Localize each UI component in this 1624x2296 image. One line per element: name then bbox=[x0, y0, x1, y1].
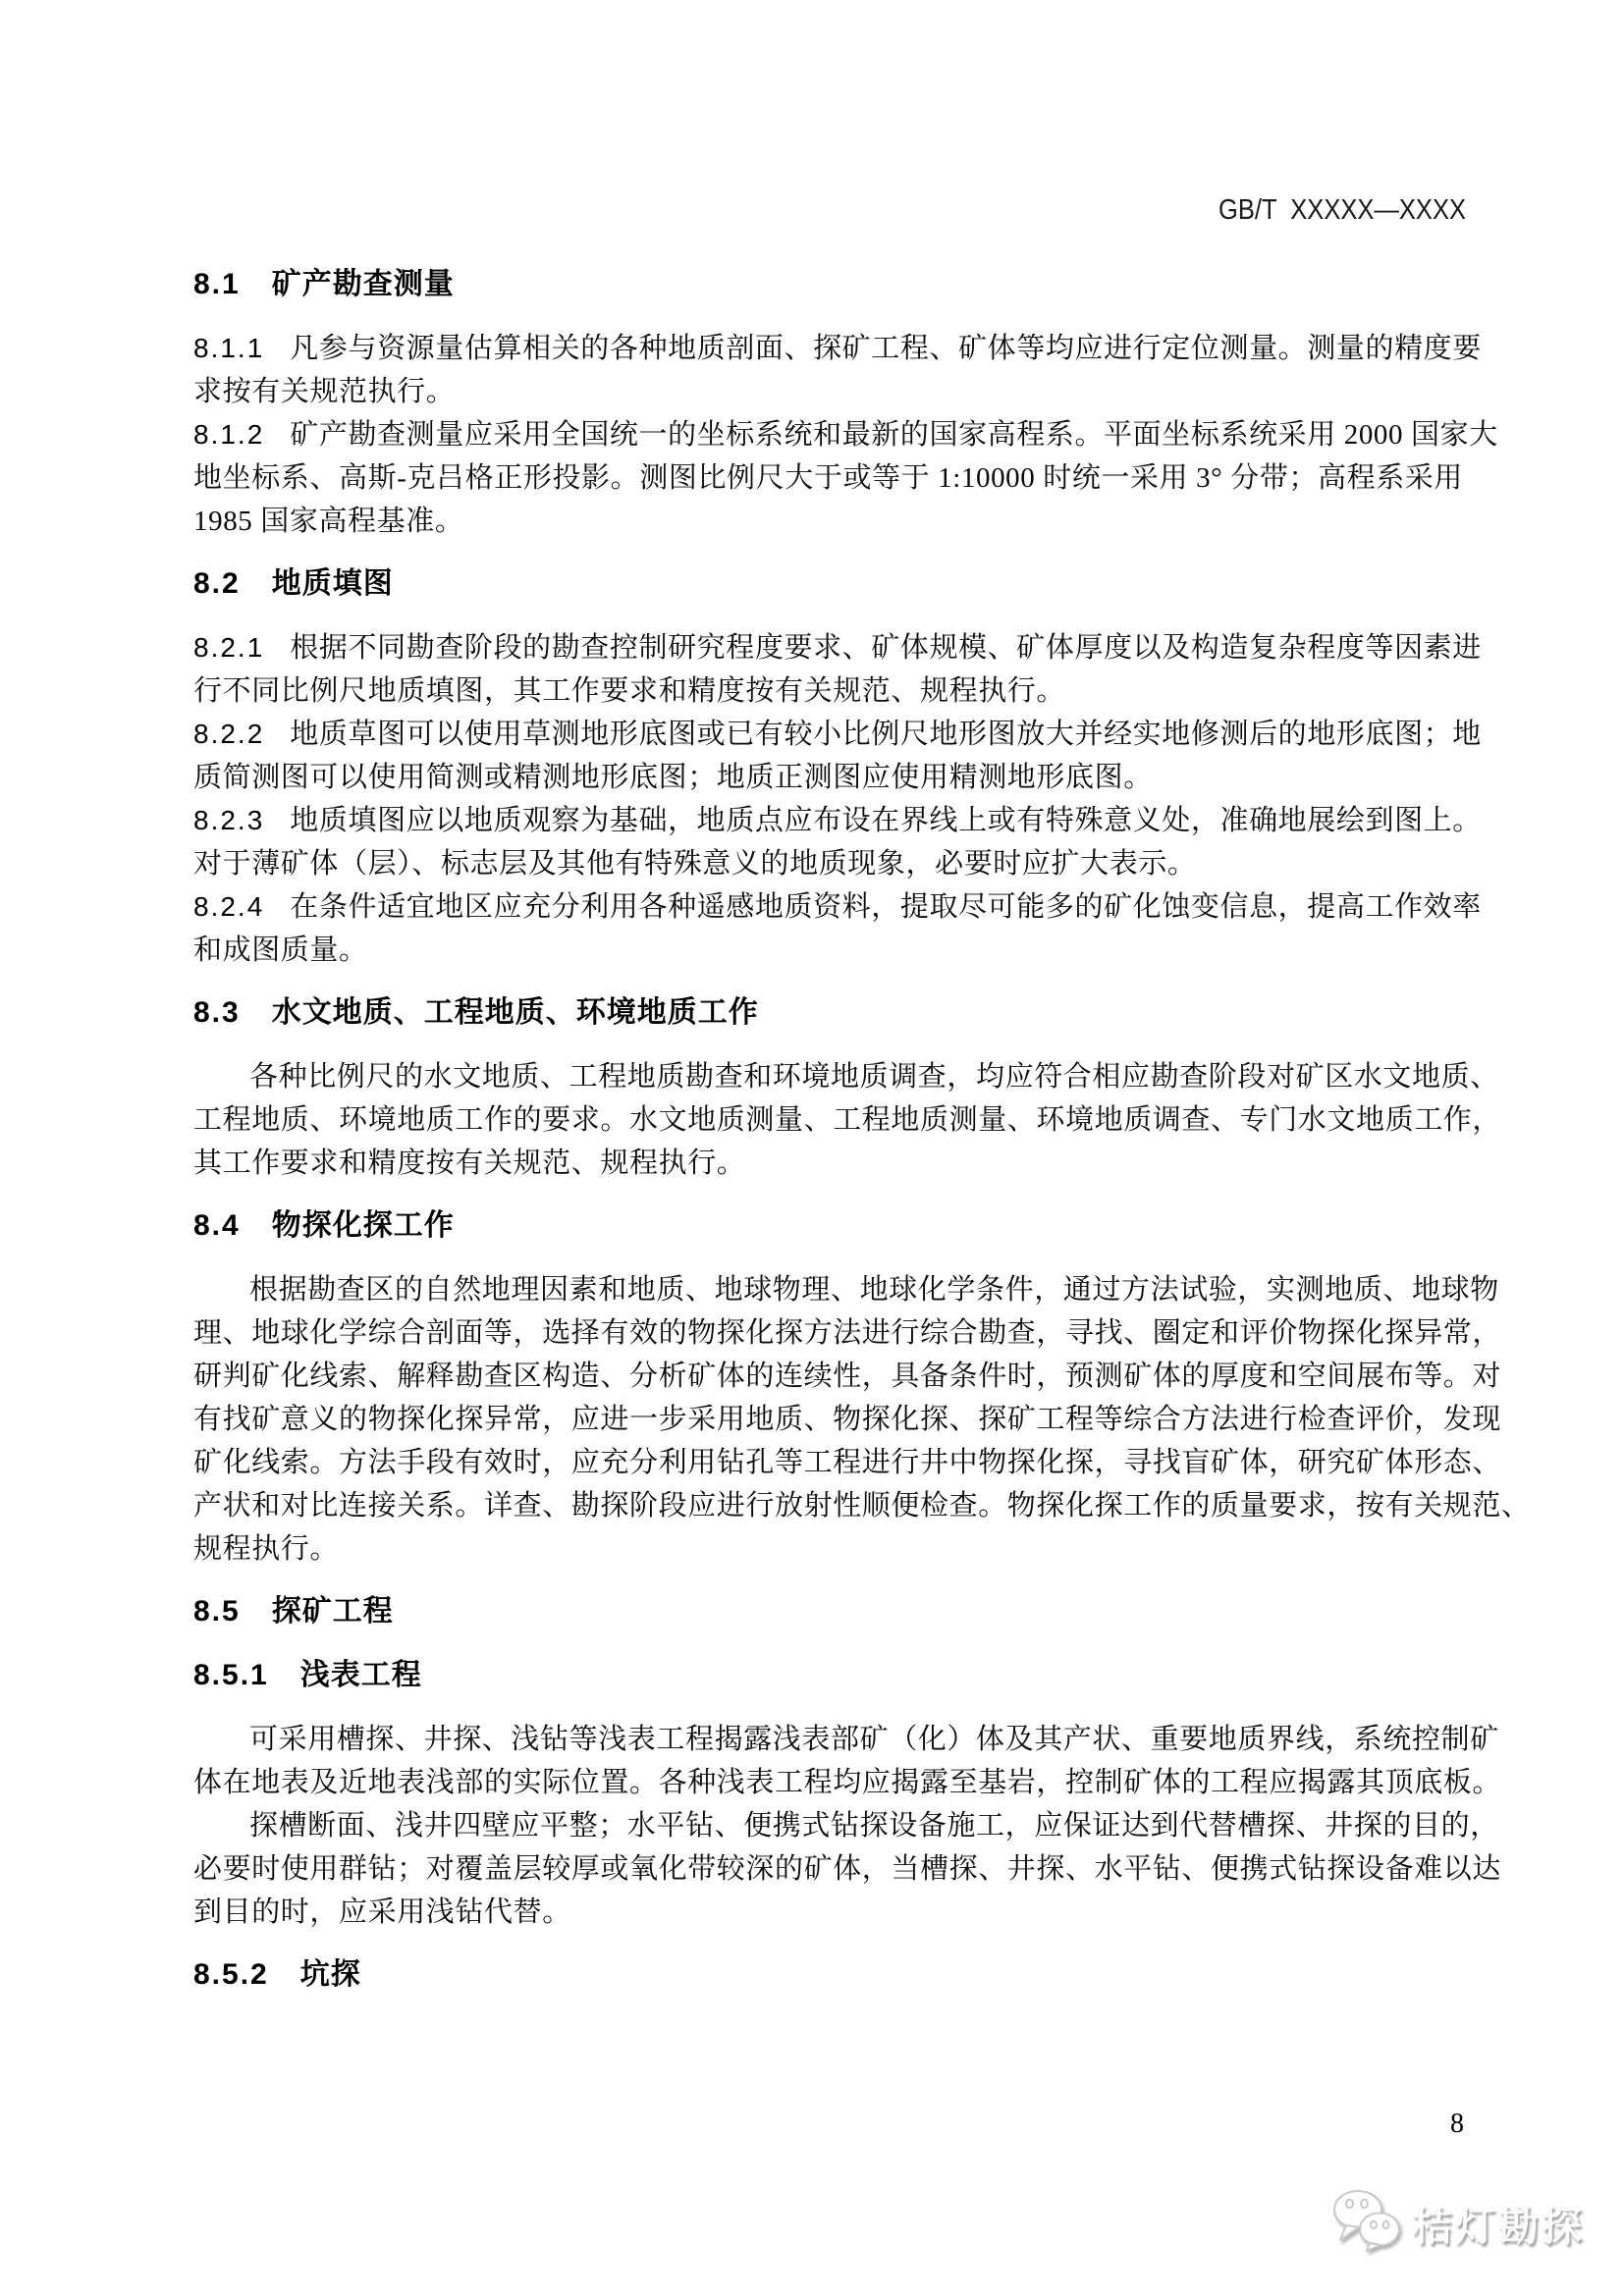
page-number: 8 bbox=[1434, 2109, 1481, 2140]
body-text-line: 对于薄矿体（层）、标志层及其他有特殊意义的地质现象，必要时应扩大表示。 bbox=[193, 842, 1470, 885]
body-text-line: 8.2.3地质填图应以地质观察为基础，地质点应布设在界线上或有特殊意义处，准确地… bbox=[193, 799, 1470, 842]
body-text-line: 和成图质量。 bbox=[193, 929, 1470, 972]
body-text-line: 8.2.2地质草图可以使用草测地形底图或已有较小比例尺地形图放大并经实地修测后的… bbox=[193, 713, 1470, 756]
body-text-line: 有找矿意义的物探化探异常，应进一步采用地质、物探化探、探矿工程等综合方法进行检查… bbox=[193, 1398, 1470, 1441]
section-heading-title: 物探化探工作 bbox=[272, 1209, 455, 1242]
body-text-line: 行不同比例尺地质填图，其工作要求和精度按有关规范、规程执行。 bbox=[193, 669, 1470, 713]
body-text-line: 产状和对比连接关系。详查、勘探阶段应进行放射性顺便检查。物探化探工作的质量要求，… bbox=[193, 1484, 1470, 1527]
body-text-line: 地坐标系、高斯-克吕格正形投影。测图比例尺大于或等于 1:10000 时统一采用… bbox=[193, 456, 1470, 500]
section-heading-number: 8.1 bbox=[193, 268, 241, 300]
body-text-line: 求按有关规范执行。 bbox=[193, 370, 1470, 413]
section-heading: 8.2地质填图 bbox=[193, 562, 1470, 606]
section-heading: 8.5.1浅表工程 bbox=[193, 1654, 1470, 1697]
clause-number: 8.1.1 bbox=[193, 333, 264, 363]
section-heading-title: 水文地质、工程地质、环境地质工作 bbox=[272, 996, 759, 1029]
section-heading-number: 8.2 bbox=[193, 567, 241, 600]
section-heading-title: 矿产勘查测量 bbox=[272, 268, 455, 300]
section-heading-number: 8.5.2 bbox=[193, 1958, 269, 1991]
watermark-text: 桔灯勘探 bbox=[1412, 2194, 1585, 2252]
body-text-line: 8.1.2矿产勘查测量应采用全国统一的坐标系统和最新的国家高程系。平面坐标系统采… bbox=[193, 413, 1470, 456]
body-text-line: 质简测图可以使用简测或精测地形底图；地质正测图应使用精测地形底图。 bbox=[193, 756, 1470, 799]
clause-line-text: 在条件适宜地区应充分利用各种遥感地质资料，提取尽可能多的矿化蚀变信息，提高工作效… bbox=[290, 891, 1482, 923]
section-heading-number: 8.5.1 bbox=[193, 1659, 269, 1691]
body-text-line: 各种比例尺的水文地质、工程地质勘查和环境地质调查，均应符合相应勘查阶段对矿区水文… bbox=[193, 1055, 1470, 1098]
section-heading: 8.1矿产勘查测量 bbox=[193, 263, 1470, 306]
section-heading-number: 8.3 bbox=[193, 996, 241, 1029]
clause-number: 8.2.3 bbox=[193, 805, 264, 835]
body-text-line: 其工作要求和精度按有关规范、规程执行。 bbox=[193, 1142, 1470, 1185]
body-text-line: 探槽断面、浅井四壁应平整；水平钻、便携式钻探设备施工，应保证达到代替槽探、井探的… bbox=[193, 1804, 1470, 1847]
section-heading-number: 8.4 bbox=[193, 1209, 241, 1242]
section-heading: 8.5.2坑探 bbox=[193, 1953, 1470, 1997]
body-text-line: 研判矿化线索、解释勘查区构造、分析矿体的连续性，具备条件时，预测矿体的厚度和空间… bbox=[193, 1355, 1470, 1398]
body-text-line: 1985 国家高程基准。 bbox=[193, 500, 1470, 543]
clause-line-text: 矿产勘查测量应采用全国统一的坐标系统和最新的国家高程系。平面坐标系统采用 200… bbox=[290, 419, 1498, 451]
body-text-line: 8.2.1根据不同勘查阶段的勘查控制研究程度要求、矿体规模、矿体厚度以及构造复杂… bbox=[193, 626, 1470, 669]
wechat-icon bbox=[1331, 2189, 1404, 2257]
section-heading: 8.5探矿工程 bbox=[193, 1590, 1470, 1633]
body-text-line: 必要时使用群钻；对覆盖层较厚或氧化带较深的矿体，当槽探、井探、水平钻、便携式钻探… bbox=[193, 1847, 1470, 1891]
body-text-line: 体在地表及近地表浅部的实际位置。各种浅表工程均应揭露至基岩，控制矿体的工程应揭露… bbox=[193, 1761, 1470, 1804]
clause-number: 8.2.2 bbox=[193, 719, 264, 749]
section-heading-title: 浅表工程 bbox=[300, 1659, 422, 1691]
body-text-line: 可采用槽探、井探、浅钻等浅表工程揭露浅表部矿（化）体及其产状、重要地质界线，系统… bbox=[193, 1718, 1470, 1761]
section-heading-title: 探矿工程 bbox=[272, 1595, 394, 1628]
section-heading: 8.3水文地质、工程地质、环境地质工作 bbox=[193, 991, 1470, 1035]
clause-line-text: 地质填图应以地质观察为基础，地质点应布设在界线上或有特殊意义处，准确地展绘到图上… bbox=[290, 805, 1482, 836]
clause-number: 8.1.2 bbox=[193, 419, 264, 450]
body-text-line: 理、地球化学综合剖面等，选择有效的物探化探方法进行综合勘查，寻找、圈定和评价物探… bbox=[193, 1311, 1470, 1355]
clause-line-text: 凡参与资源量估算相关的各种地质剖面、探矿工程、矿体等均应进行定位测量。测量的精度… bbox=[290, 333, 1482, 364]
clause-line-text: 根据不同勘查阶段的勘查控制研究程度要求、矿体规模、矿体厚度以及构造复杂程度等因素… bbox=[290, 632, 1482, 664]
body-text-line: 根据勘查区的自然地理因素和地质、地球物理、地球化学条件，通过方法试验，实测地质、… bbox=[193, 1268, 1470, 1311]
body-text-line: 到目的时，应采用浅钻代替。 bbox=[193, 1891, 1470, 1934]
document-content: 8.1矿产勘查测量8.1.1凡参与资源量估算相关的各种地质剖面、探矿工程、矿体等… bbox=[193, 0, 1470, 2017]
body-text-line: 工程地质、环境地质工作的要求。水文地质测量、工程地质测量、环境地质调查、专门水文… bbox=[193, 1098, 1470, 1142]
clause-number: 8.2.4 bbox=[193, 891, 264, 922]
body-text-line: 规程执行。 bbox=[193, 1527, 1470, 1571]
document-page: GB/T XXXXX—XXXX 8.1矿产勘查测量8.1.1凡参与资源量估算相关… bbox=[0, 0, 1624, 2296]
clause-number: 8.2.1 bbox=[193, 632, 264, 663]
body-text-line: 8.1.1凡参与资源量估算相关的各种地质剖面、探矿工程、矿体等均应进行定位测量。… bbox=[193, 327, 1470, 370]
section-heading-title: 坑探 bbox=[300, 1958, 361, 1991]
body-text-line: 8.2.4在条件适宜地区应充分利用各种遥感地质资料，提取尽可能多的矿化蚀变信息，… bbox=[193, 885, 1470, 929]
section-heading: 8.4物探化探工作 bbox=[193, 1204, 1470, 1248]
section-heading-title: 地质填图 bbox=[272, 567, 394, 600]
watermark: 桔灯勘探 bbox=[1331, 2189, 1585, 2257]
clause-line-text: 地质草图可以使用草测地形底图或已有较小比例尺地形图放大并经实地修测后的地形底图；… bbox=[290, 719, 1482, 750]
section-heading-number: 8.5 bbox=[193, 1595, 241, 1628]
body-text-line: 矿化线索。方法手段有效时，应充分利用钻孔等工程进行井中物探化探，寻找盲矿体，研究… bbox=[193, 1441, 1470, 1484]
